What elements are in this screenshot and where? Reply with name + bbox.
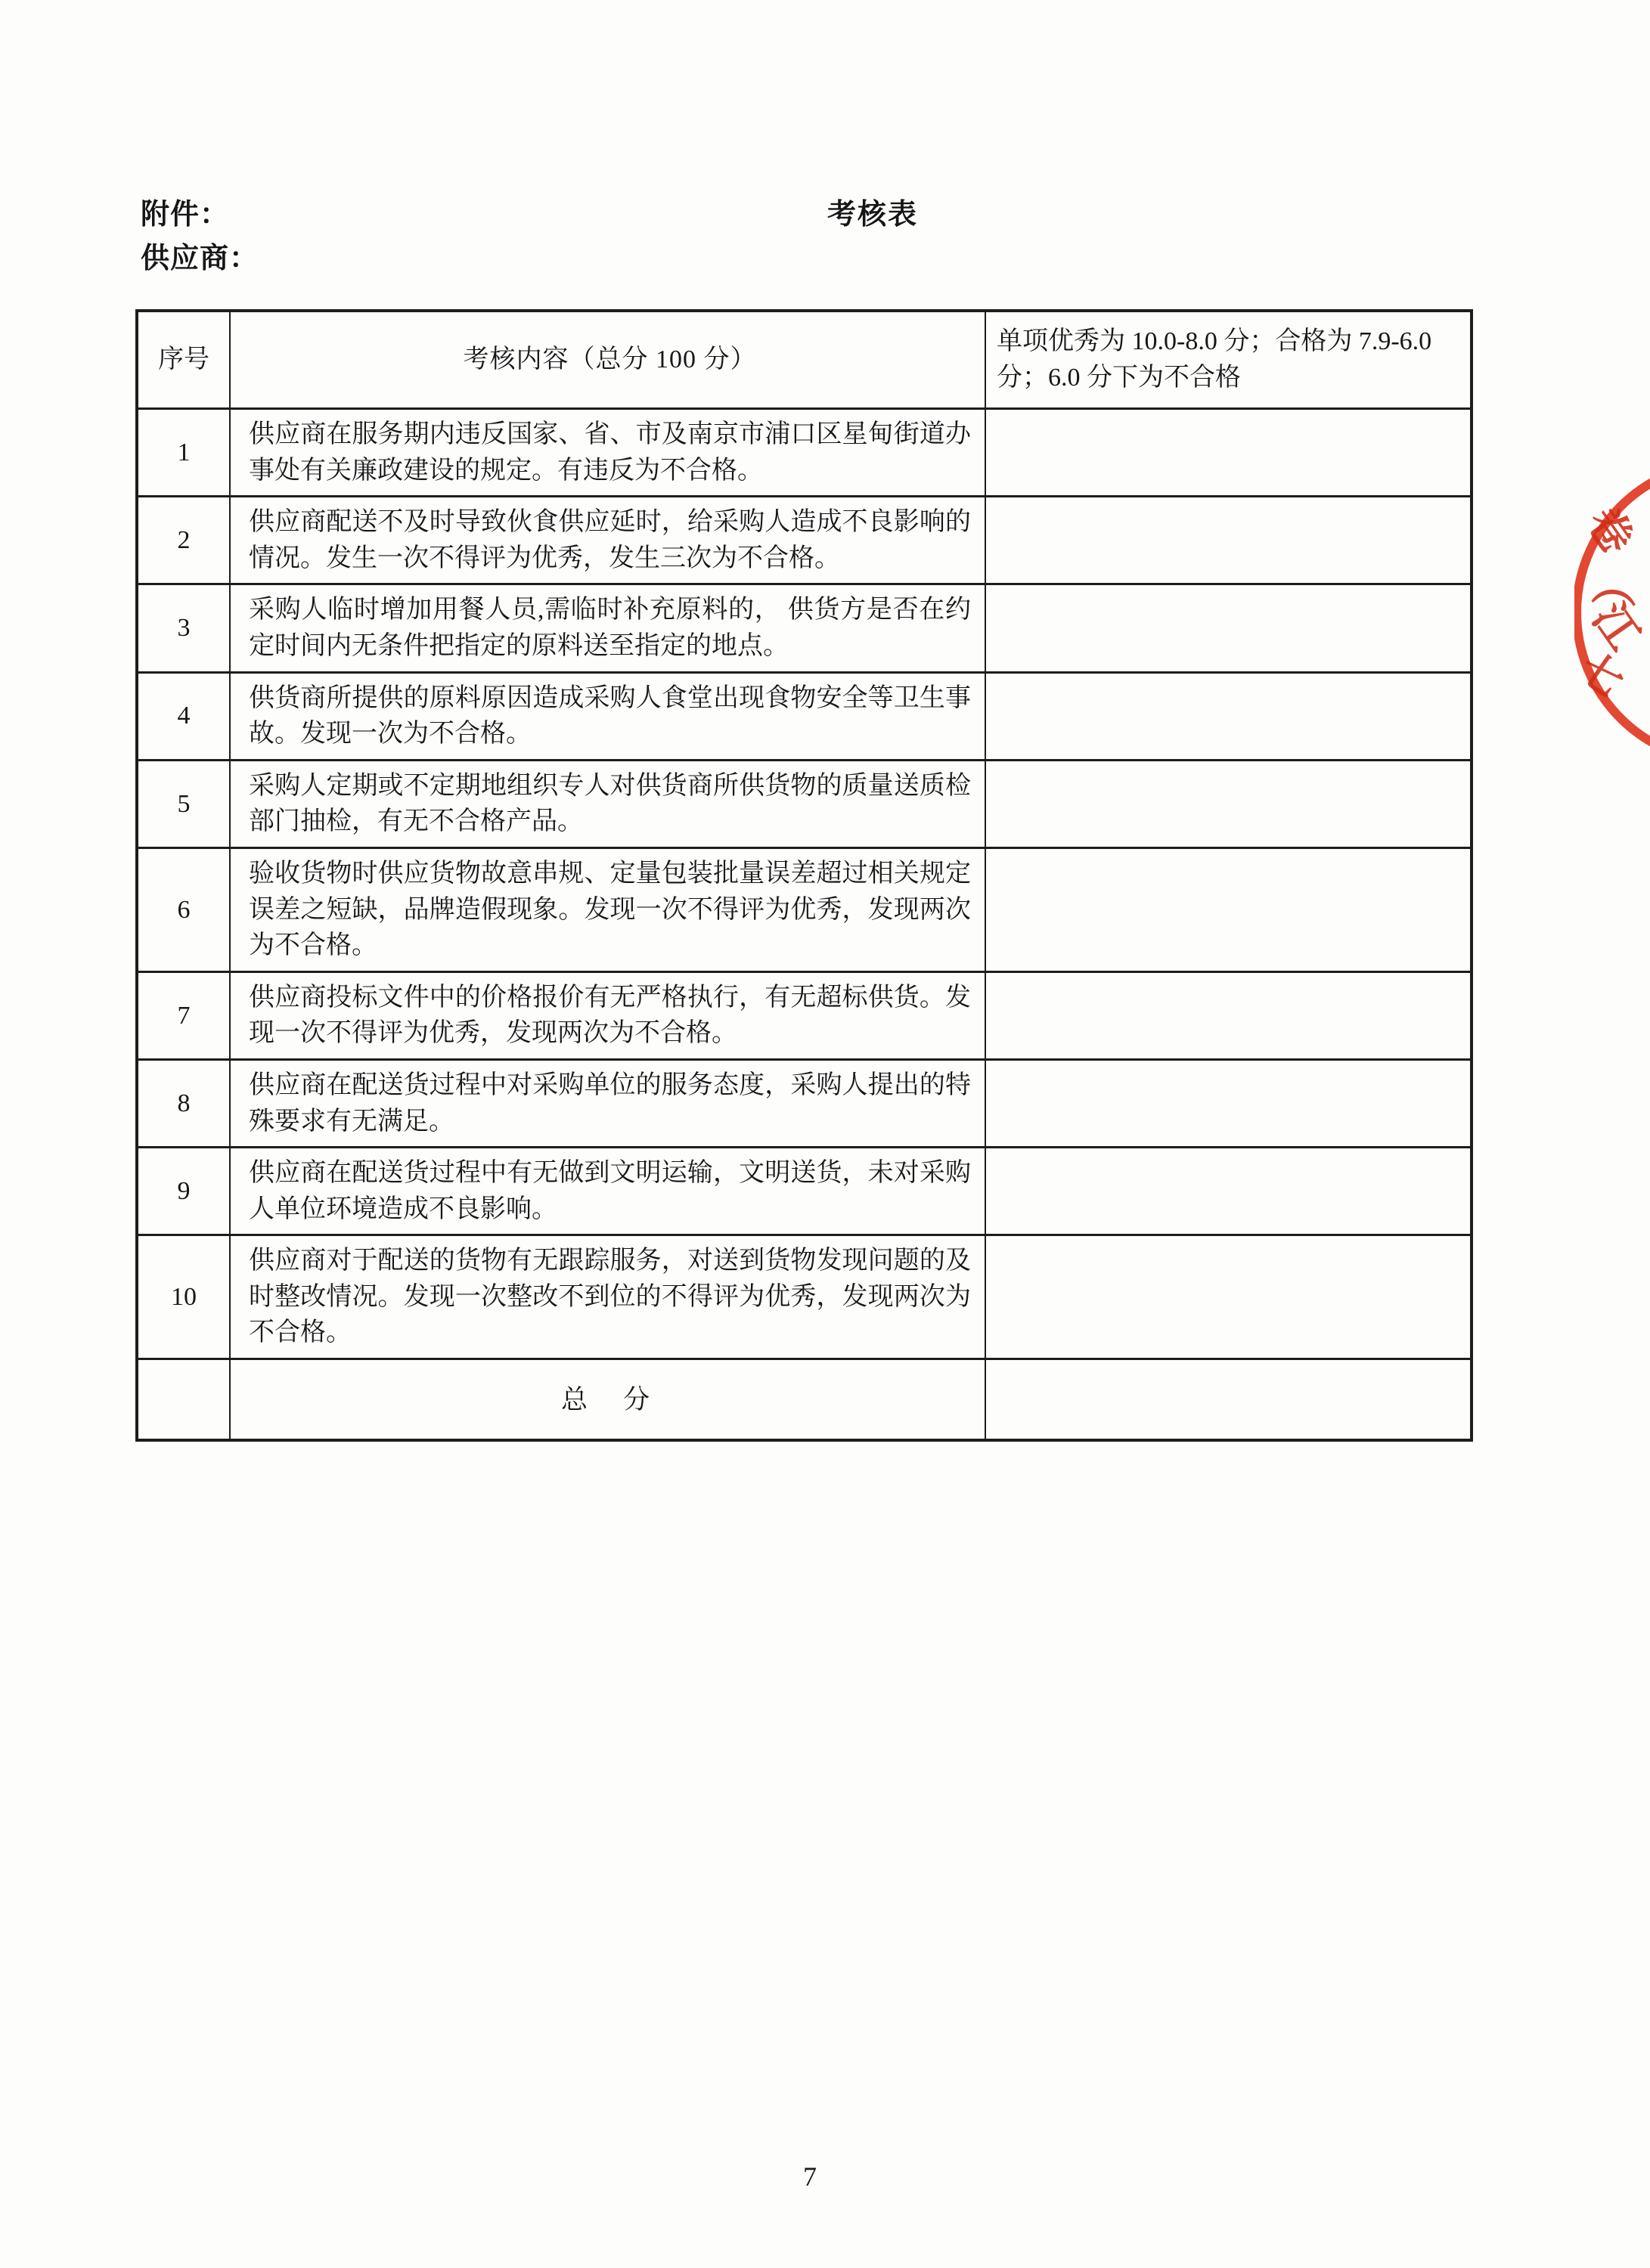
page-title: 考核表 [827,191,918,232]
header-cell-score: 单项优秀为 10.0-8.0 分；合格为 7.9-6.0 分；6.0 分下为不合… [985,311,1472,409]
score-cell [985,847,1472,971]
row-content-cell: 验收货物时供应货物故意串规、定量包装批量误差超过相关规定误差之短缺，品牌造假现象… [230,847,985,971]
row-number-cell: 6 [137,847,230,971]
row-content-cell: 供应商在服务期内违反国家、省、市及南京市浦口区星甸街道办事处有关廉政建设的规定。… [230,409,985,497]
row-content-cell: 供货商所提供的原料原因造成采购人食堂出现食物安全等卫生事故。发现一次为不合格。 [230,672,985,760]
row-content-cell: 供应商配送不及时导致伙食供应延时，给采购人造成不良影响的情况。发生一次不得评为优… [230,497,985,584]
table-row: 8 供应商在配送货过程中对采购单位的服务态度，采购人提出的特殊要求有无满足。 [137,1059,1472,1147]
score-cell [985,584,1472,672]
score-cell [985,409,1472,497]
header-cell-no: 序号 [137,311,230,409]
row-content-cell: 供应商在配送货过程中有无做到文明运输，文明送货，未对采购人单位环境造成不良影响。 [230,1148,985,1235]
table-row: 2 供应商配送不及时导致伙食供应延时，给采购人造成不良影响的情况。发生一次不得评… [137,497,1472,584]
row-number-cell: 1 [137,409,230,497]
page-number: 7 [803,2161,817,2192]
row-number-cell: 8 [137,1059,230,1147]
assessment-table: 序号 考核内容（总分 100 分） 单项优秀为 10.0-8.0 分；合格为 7… [135,309,1473,1442]
row-number-cell: 7 [137,971,230,1059]
red-seal-stamp: 卷 （ 江 七 [1574,450,1650,775]
row-content-cell: 供应商投标文件中的价格报价有无严格执行，有无超标供货。发现一次不得评为优秀，发现… [230,971,985,1059]
table-row: 6 验收货物时供应货物故意串规、定量包装批量误差超过相关规定误差之短缺，品牌造假… [137,847,1472,971]
total-empty-no-cell [137,1359,230,1441]
row-number-cell: 4 [137,672,230,760]
score-cell [985,760,1472,847]
table-row: 3 采购人临时增加用餐人员,需临时补充原料的， 供货方是否在约定时间内无条件把指… [137,584,1472,672]
score-cell [985,971,1472,1059]
table-header-row: 序号 考核内容（总分 100 分） 单项优秀为 10.0-8.0 分；合格为 7… [137,311,1472,409]
row-number-cell: 9 [137,1148,230,1235]
seal-char-icon: （ [1586,559,1641,609]
table-row: 7 供应商投标文件中的价格报价有无严格执行，有无超标供货。发现一次不得评为优秀，… [137,971,1472,1059]
attachment-label: 附件： [141,191,229,232]
row-content-cell: 采购人定期或不定期地组织专人对供货商所供货物的质量送质检部门抽检，有无不合格产品… [230,760,985,847]
score-cell [985,1235,1472,1359]
total-row: 总 分 [137,1359,1472,1441]
table-row: 1 供应商在服务期内违反国家、省、市及南京市浦口区星甸街道办事处有关廉政建设的规… [137,409,1472,497]
row-number-cell: 2 [137,497,230,584]
table-row: 5 采购人定期或不定期地组织专人对供货商所供货物的质量送质检部门抽检，有无不合格… [137,760,1472,847]
row-number-cell: 5 [137,760,230,847]
score-cell [985,672,1472,760]
table-row: 10 供应商对于配送的货物有无跟踪服务，对送到货物发现问题的及时整改情况。发现一… [137,1235,1472,1359]
document-page: 附件： 考核表 供应商： 序号 考核内容（总分 100 分） 单项优秀为 10.… [0,0,1650,2268]
row-content-cell: 供应商在配送货过程中对采购单位的服务态度，采购人提出的特殊要求有无满足。 [230,1059,985,1147]
score-cell [985,1148,1472,1235]
table-row: 4 供货商所提供的原料原因造成采购人食堂出现食物安全等卫生事故。发现一次为不合格… [137,672,1472,760]
row-content-cell: 采购人临时增加用餐人员,需临时补充原料的， 供货方是否在约定时间内无条件把指定的… [230,584,985,672]
total-score-cell [985,1359,1472,1441]
supplier-label: 供应商： [141,234,259,276]
row-number-cell: 10 [137,1235,230,1359]
score-cell [985,497,1472,584]
table-row: 9 供应商在配送货过程中有无做到文明运输，文明送货，未对采购人单位环境造成不良影… [137,1148,1472,1235]
row-content-cell: 供应商对于配送的货物有无跟踪服务，对送到货物发现问题的及时整改情况。发现一次整改… [230,1235,985,1359]
score-cell [985,1059,1472,1147]
row-number-cell: 3 [137,584,230,672]
total-label-cell: 总 分 [230,1359,985,1441]
header-cell-content: 考核内容（总分 100 分） [230,311,985,409]
